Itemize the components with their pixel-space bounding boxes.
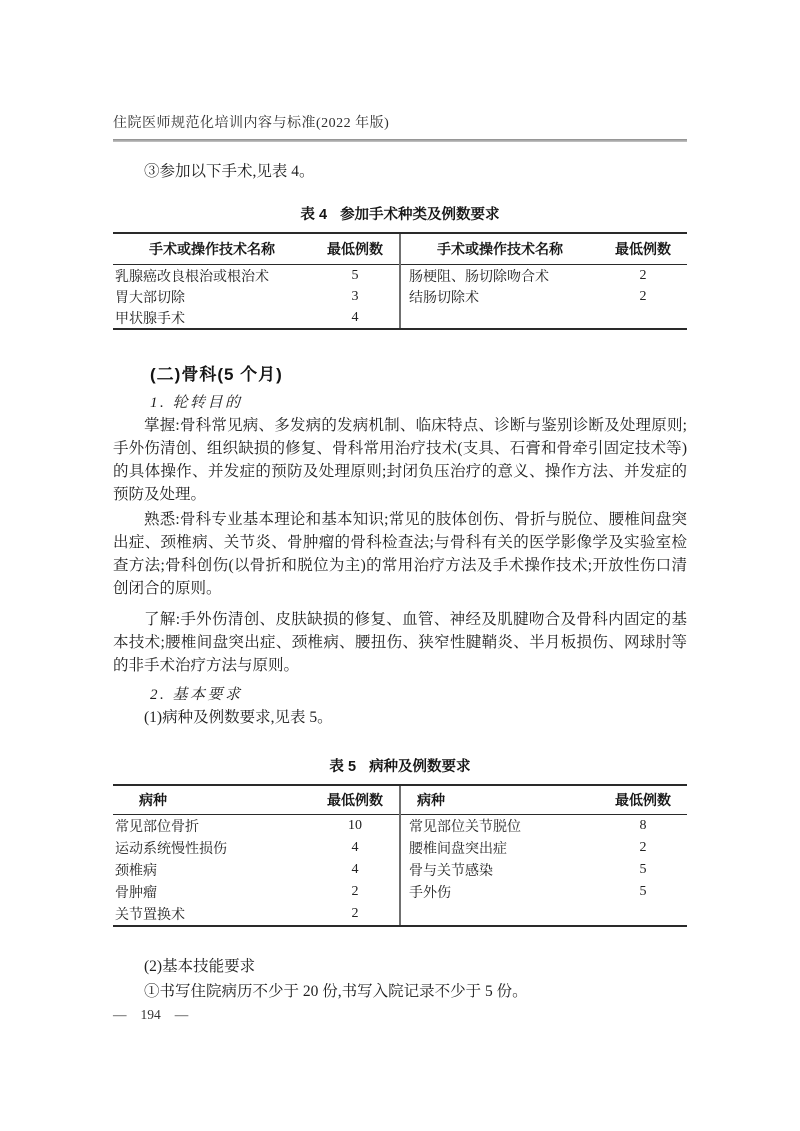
intro-paragraph: ③参加以下手术,见表 4。 bbox=[113, 160, 687, 183]
cell-name: 腰椎间盘突出症 bbox=[401, 838, 599, 858]
cell-name: 运动系统慢性损伤 bbox=[113, 838, 311, 858]
cell-name: 骨与关节感染 bbox=[401, 860, 599, 880]
table5-caption: 表 5病种及例数要求 bbox=[113, 755, 687, 776]
table4-caption-label: 表 4 bbox=[300, 207, 327, 223]
table-row: 腰椎间盘突出症 2 bbox=[401, 837, 687, 859]
cell-name: 关节置换术 bbox=[113, 904, 311, 924]
cell-count: 10 bbox=[311, 818, 399, 834]
numbered-heading-2: 2. 基本要求 bbox=[150, 683, 687, 704]
table5-right-group: 病种 最低例数 常见部位关节脱位 8 腰椎间盘突出症 2 骨与关节感染 5 手外… bbox=[401, 786, 687, 925]
cell-count: 2 bbox=[311, 906, 399, 922]
cell-count: 2 bbox=[599, 268, 687, 284]
table-row: 乳腺癌改良根治或根治术 5 bbox=[113, 265, 399, 286]
cell-count: 4 bbox=[311, 310, 399, 326]
table5-left-group: 病种 最低例数 常见部位骨折 10 运动系统慢性损伤 4 颈椎病 4 骨肿瘤 2… bbox=[113, 786, 401, 925]
cell-name: 常见部位关节脱位 bbox=[401, 816, 599, 836]
cell-name: 胃大部切除 bbox=[113, 287, 311, 307]
cell-name: 乳腺癌改良根治或根治术 bbox=[113, 266, 311, 286]
table5-caption-label: 表 5 bbox=[329, 759, 356, 775]
running-head: 住院医师规范化培训内容与标准(2022 年版) bbox=[113, 112, 687, 132]
cell-count: 2 bbox=[599, 289, 687, 305]
column-header: 最低例数 bbox=[599, 239, 687, 259]
table-row: 手外伤 5 bbox=[401, 881, 687, 903]
table-row: 甲状腺手术 4 bbox=[113, 307, 399, 328]
page-header: 住院医师规范化培训内容与标准(2022 年版) bbox=[113, 112, 687, 142]
table4-right-group: 手术或操作技术名称 最低例数 肠梗阻、肠切除吻合术 2 结肠切除术 2 bbox=[401, 234, 687, 328]
table-row: 关节置换术 2 bbox=[113, 903, 399, 925]
column-header: 手术或操作技术名称 bbox=[113, 239, 311, 259]
table4-header-row: 手术或操作技术名称 最低例数 bbox=[113, 234, 399, 265]
table-row: 胃大部切除 3 bbox=[113, 286, 399, 307]
cell-count: 5 bbox=[599, 884, 687, 900]
cell-count: 5 bbox=[311, 268, 399, 284]
numbered-heading-1: 1. 轮转目的 bbox=[150, 391, 687, 412]
header-rule bbox=[113, 139, 687, 142]
table-row: 常见部位骨折 10 bbox=[113, 815, 399, 837]
table-row: 骨肿瘤 2 bbox=[113, 881, 399, 903]
column-header: 手术或操作技术名称 bbox=[401, 239, 599, 259]
cell-name: 骨肿瘤 bbox=[113, 882, 311, 902]
cell-count: 8 bbox=[599, 818, 687, 834]
column-header: 最低例数 bbox=[311, 239, 399, 259]
column-header: 病种 bbox=[113, 790, 311, 810]
requirement-2: (2)基本技能要求 bbox=[113, 955, 687, 978]
page-number: —194— bbox=[113, 1007, 687, 1023]
table4-header-row: 手术或操作技术名称 最低例数 bbox=[401, 234, 687, 265]
page-number-dash: — bbox=[113, 1007, 127, 1022]
requirement-1: (1)病种及例数要求,见表 5。 bbox=[113, 706, 687, 729]
table4-left-group: 手术或操作技术名称 最低例数 乳腺癌改良根治或根治术 5 胃大部切除 3 甲状腺… bbox=[113, 234, 401, 328]
section-title: (二)骨科(5 个月) bbox=[150, 360, 687, 385]
paragraph-master: 掌握:骨科常见病、多发病的发病机制、临床特点、诊断与鉴别诊断及处理原则;手外伤清… bbox=[113, 414, 687, 506]
table-row: 骨与关节感染 5 bbox=[401, 859, 687, 881]
document-page: 住院医师规范化培训内容与标准(2022 年版) ③参加以下手术,见表 4。 表 … bbox=[0, 0, 800, 1131]
table4-caption-title: 参加手术种类及例数要求 bbox=[340, 207, 500, 223]
skill-item-1: ①书写住院病历不少于 20 份,书写入院记录不少于 5 份。 bbox=[113, 980, 687, 1003]
table-row: 肠梗阻、肠切除吻合术 2 bbox=[401, 265, 687, 286]
cell-count: 2 bbox=[311, 884, 399, 900]
cell-count: 2 bbox=[599, 840, 687, 856]
table5: 病种 最低例数 常见部位骨折 10 运动系统慢性损伤 4 颈椎病 4 骨肿瘤 2… bbox=[113, 784, 687, 927]
table-row: 颈椎病 4 bbox=[113, 859, 399, 881]
table5-header-row: 病种 最低例数 bbox=[401, 786, 687, 815]
cell-count: 3 bbox=[311, 289, 399, 305]
table5-caption-title: 病种及例数要求 bbox=[369, 759, 471, 775]
table-row bbox=[401, 903, 687, 925]
table-row bbox=[401, 307, 687, 328]
column-header: 最低例数 bbox=[599, 790, 687, 810]
column-header: 最低例数 bbox=[311, 790, 399, 810]
cell-name: 颈椎病 bbox=[113, 860, 311, 880]
paragraph-familiar: 熟悉:骨科专业基本理论和基本知识;常见的肢体创伤、骨折与脱位、腰椎间盘突出症、颈… bbox=[113, 508, 687, 600]
table5-header-row: 病种 最低例数 bbox=[113, 786, 399, 815]
cell-count: 4 bbox=[311, 862, 399, 878]
cell-name: 常见部位骨折 bbox=[113, 816, 311, 836]
paragraph-understand: 了解:手外伤清创、皮肤缺损的修复、血管、神经及肌腱吻合及骨科内固定的基本技术;腰… bbox=[113, 608, 687, 677]
column-header: 病种 bbox=[401, 790, 599, 810]
table4-caption: 表 4参加手术种类及例数要求 bbox=[113, 203, 687, 224]
table-row: 结肠切除术 2 bbox=[401, 286, 687, 307]
table4: 手术或操作技术名称 最低例数 乳腺癌改良根治或根治术 5 胃大部切除 3 甲状腺… bbox=[113, 232, 687, 330]
cell-name: 结肠切除术 bbox=[401, 287, 599, 307]
page-number-dash: — bbox=[175, 1007, 189, 1022]
cell-count: 4 bbox=[311, 840, 399, 856]
table-row: 常见部位关节脱位 8 bbox=[401, 815, 687, 837]
cell-count: 5 bbox=[599, 862, 687, 878]
page-number-value: 194 bbox=[141, 1007, 161, 1022]
cell-name: 手外伤 bbox=[401, 882, 599, 902]
table-row: 运动系统慢性损伤 4 bbox=[113, 837, 399, 859]
cell-name: 肠梗阻、肠切除吻合术 bbox=[401, 266, 599, 286]
cell-name: 甲状腺手术 bbox=[113, 308, 311, 328]
